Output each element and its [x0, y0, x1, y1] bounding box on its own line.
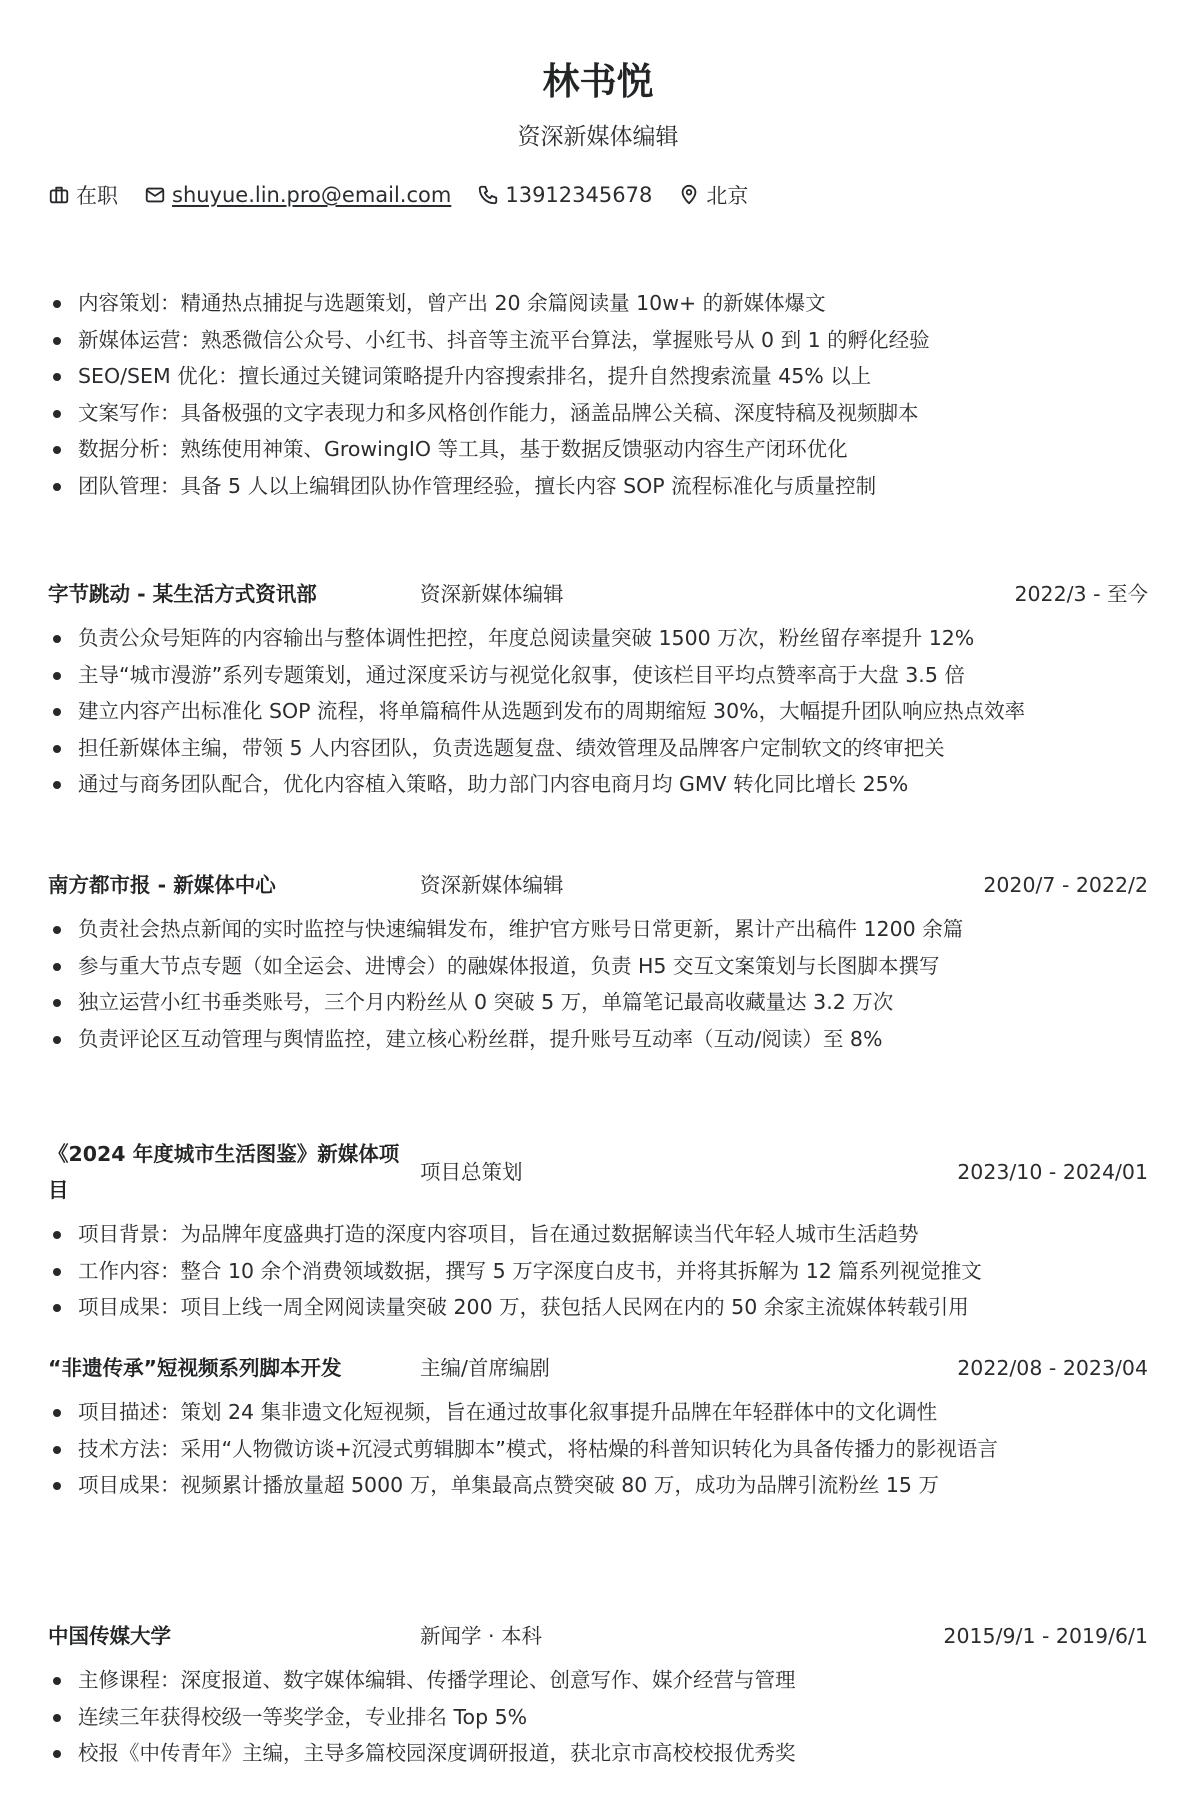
entry-header: “非遗传承”短视频系列脚本开发 主编/首席编剧 2022/08 - 2023/0…: [48, 1350, 1148, 1386]
list-item: 文案写作：具备极强的文字表现力和多风格创作能力，涵盖品牌公关稿、深度特稿及视频脚…: [48, 395, 1148, 432]
entry-header: 中国传媒大学 新闻学 · 本科 2015/9/1 - 2019/6/1: [48, 1618, 1148, 1654]
experience-entry: 南方都市报 - 新媒体中心 资深新媒体编辑 2020/7 - 2022/2 负责…: [48, 867, 1148, 1057]
phone-text: 13912345678: [505, 183, 652, 207]
location-text: 北京: [706, 180, 748, 210]
list-item: 项目描述：策划 24 集非遗文化短视频，旨在通过故事化叙事提升品牌在年轻群体中的…: [48, 1394, 1148, 1431]
entry-bullets: 项目背景：为品牌年度盛典打造的深度内容项目，旨在通过数据解读当代年轻人城市生活趋…: [48, 1216, 1148, 1326]
project-role: 项目总策划: [420, 1154, 957, 1190]
date-range: 2015/9/1 - 2019/6/1: [943, 1618, 1148, 1654]
phone-icon: [477, 184, 499, 206]
education-entry: 中国传媒大学 新闻学 · 本科 2015/9/1 - 2019/6/1 主修课程…: [48, 1618, 1148, 1772]
entry-bullets: 主修课程：深度报道、数字媒体编辑、传播学理论、创意写作、媒介经营与管理 连续三年…: [48, 1662, 1148, 1772]
entry-bullets: 负责社会热点新闻的实时监控与快速编辑发布，维护官方账号日常更新，累计产出稿件 1…: [48, 911, 1148, 1057]
briefcase-icon: [48, 184, 70, 206]
list-item: 校报《中传青年》主编，主导多篇校园深度调研报道，获北京市高校校报优秀奖: [48, 1735, 1148, 1772]
date-range: 2020/7 - 2022/2: [983, 867, 1148, 903]
list-item: 负责社会热点新闻的实时监控与快速编辑发布，维护官方账号日常更新，累计产出稿件 1…: [48, 911, 1148, 948]
status-text: 在职: [76, 180, 118, 210]
list-item: 主导“城市漫游”系列专题策划，通过深度采访与视觉化叙事，使该栏目平均点赞率高于大…: [48, 657, 1148, 694]
list-item: 项目成果：项目上线一周全网阅读量突破 200 万，获包括人民网在内的 50 余家…: [48, 1289, 1148, 1326]
list-item: SEO/SEM 优化：擅长通过关键词策略提升内容搜索排名，提升自然搜索流量 45…: [48, 358, 1148, 395]
date-range: 2023/10 - 2024/01: [957, 1154, 1148, 1190]
contact-status: 在职: [48, 180, 118, 210]
list-item: 担任新媒体主编，带领 5 人内容团队，负责选题复盘、绩效管理及品牌客户定制软文的…: [48, 730, 1148, 767]
list-item: 项目成果：视频累计播放量超 5000 万，单集最高点赞突破 80 万，成功为品牌…: [48, 1467, 1148, 1504]
list-item: 数据分析：熟练使用神策、GrowingIO 等工具，基于数据反馈驱动内容生产闭环…: [48, 431, 1148, 468]
entry-header: 《2024 年度城市生活图鉴》新媒体项目 项目总策划 2023/10 - 202…: [48, 1136, 1148, 1208]
candidate-title: 资深新媒体编辑: [48, 120, 1148, 154]
list-item: 工作内容：整合 10 余个消费领域数据，撰写 5 万字深度白皮书，并将其拆解为 …: [48, 1253, 1148, 1290]
list-item: 项目背景：为品牌年度盛典打造的深度内容项目，旨在通过数据解读当代年轻人城市生活趋…: [48, 1216, 1148, 1253]
contact-phone: 13912345678: [477, 183, 652, 207]
list-item: 主修课程：深度报道、数字媒体编辑、传播学理论、创意写作、媒介经营与管理: [48, 1662, 1148, 1699]
project-entry: 《2024 年度城市生活图鉴》新媒体项目 项目总策划 2023/10 - 202…: [48, 1136, 1148, 1326]
company-name: 字节跳动 - 某生活方式资讯部: [48, 576, 408, 612]
entry-bullets: 项目描述：策划 24 集非遗文化短视频，旨在通过故事化叙事提升品牌在年轻群体中的…: [48, 1394, 1148, 1504]
date-range: 2022/3 - 至今: [1014, 576, 1148, 612]
list-item: 技术方法：采用“人物微访谈+沉浸式剪辑脚本”模式，将枯燥的科普知识转化为具备传播…: [48, 1431, 1148, 1468]
skills-summary-list: 内容策划：精通热点捕捉与选题策划，曾产出 20 余篇阅读量 10w+ 的新媒体爆…: [48, 285, 1148, 504]
project-entry: “非遗传承”短视频系列脚本开发 主编/首席编剧 2022/08 - 2023/0…: [48, 1350, 1148, 1504]
list-item: 内容策划：精通热点捕捉与选题策划，曾产出 20 余篇阅读量 10w+ 的新媒体爆…: [48, 285, 1148, 322]
project-name: 《2024 年度城市生活图鉴》新媒体项目: [48, 1136, 408, 1208]
list-item: 连续三年获得校级一等奖学金，专业排名 Top 5%: [48, 1699, 1148, 1736]
school-name: 中国传媒大学: [48, 1618, 408, 1654]
job-role: 资深新媒体编辑: [420, 867, 983, 903]
degree: 新闻学 · 本科: [420, 1618, 943, 1654]
mail-icon: [144, 184, 166, 206]
list-item: 参与重大节点专题（如全运会、进博会）的融媒体报道，负责 H5 交互文案策划与长图…: [48, 948, 1148, 985]
list-item: 新媒体运营：熟悉微信公众号、小红书、抖音等主流平台算法，掌握账号从 0 到 1 …: [48, 322, 1148, 359]
experience-entry: 字节跳动 - 某生活方式资讯部 资深新媒体编辑 2022/3 - 至今 负责公众…: [48, 576, 1148, 803]
list-item: 通过与商务团队配合，优化内容植入策略，助力部门内容电商月均 GMV 转化同比增长…: [48, 766, 1148, 803]
project-name: “非遗传承”短视频系列脚本开发: [48, 1350, 408, 1386]
list-item: 负责评论区互动管理与舆情监控，建立核心粉丝群，提升账号互动率（互动/阅读）至 8…: [48, 1021, 1148, 1058]
contact-location: 北京: [678, 180, 748, 210]
job-role: 资深新媒体编辑: [420, 576, 1014, 612]
list-item: 独立运营小红书垂类账号，三个月内粉丝从 0 突破 5 万，单篇笔记最高收藏量达 …: [48, 984, 1148, 1021]
email-link[interactable]: shuyue.lin.pro@email.com: [172, 183, 451, 207]
list-item: 负责公众号矩阵的内容输出与整体调性把控，年度总阅读量突破 1500 万次，粉丝留…: [48, 620, 1148, 657]
company-name: 南方都市报 - 新媒体中心: [48, 867, 408, 903]
entry-bullets: 负责公众号矩阵的内容输出与整体调性把控，年度总阅读量突破 1500 万次，粉丝留…: [48, 620, 1148, 803]
contact-email: shuyue.lin.pro@email.com: [144, 183, 451, 207]
map-pin-icon: [678, 184, 700, 206]
list-item: 建立内容产出标准化 SOP 流程，将单篇稿件从选题到发布的周期缩短 30%，大幅…: [48, 693, 1148, 730]
list-item: 团队管理：具备 5 人以上编辑团队协作管理经验，擅长内容 SOP 流程标准化与质…: [48, 468, 1148, 505]
candidate-name: 林书悦: [48, 58, 1148, 106]
entry-header: 字节跳动 - 某生活方式资讯部 资深新媒体编辑 2022/3 - 至今: [48, 576, 1148, 612]
contact-bar: 在职 shuyue.lin.pro@email.com 13912345678 …: [48, 178, 774, 212]
entry-header: 南方都市报 - 新媒体中心 资深新媒体编辑 2020/7 - 2022/2: [48, 867, 1148, 903]
date-range: 2022/08 - 2023/04: [957, 1350, 1148, 1386]
project-role: 主编/首席编剧: [420, 1350, 957, 1386]
